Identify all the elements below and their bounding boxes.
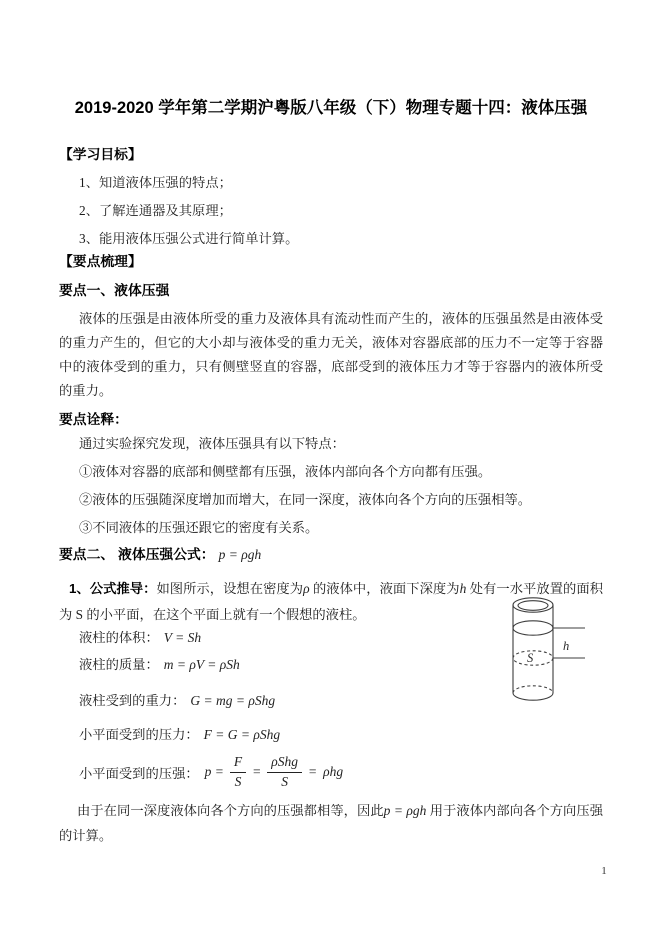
cylinder-bottom-front-arc (513, 693, 553, 700)
learning-goal-item: 2、了解连通器及其原理； (59, 203, 603, 219)
formula-label: 液柱的质量： (79, 657, 159, 672)
force-formula: F = G = ρShg (204, 727, 280, 742)
document-title: 2019-2020 学年第二学期沪粤版八年级（下）物理专题十四：液体压强 (59, 98, 603, 118)
formula-label: 小平面受到的压强： (79, 763, 199, 782)
derivation-label: 1、公式推导： (69, 581, 156, 596)
cylinder-bottom-back-arc (513, 686, 553, 693)
liquid-surface-ellipse (513, 621, 553, 635)
page-number: 1 (594, 864, 614, 878)
learning-goal-item: 1、知道液体压强的特点； (59, 175, 603, 191)
document-content: 2019-2020 学年第二学期沪粤版八年级（下）物理专题十四：液体压强 【学习… (59, 98, 603, 848)
pressure-lhs: p = (205, 764, 224, 780)
fraction-rhoshg-over-s: ρShgS (267, 755, 302, 790)
document-page: 2019-2020 学年第二学期沪粤版八年级（下）物理专题十四：液体压强 【学习… (0, 0, 661, 935)
point1-paragraph: 液体的压强是由液体所受的重力及液体具有流动性而产生的，液体的压强虽然是由液体受的… (59, 307, 603, 403)
cylinder-figure: S h (505, 592, 593, 710)
note-item: ③不同液体的压强还跟它的密度有关系。 (59, 520, 603, 536)
conclusion-formula: p = ρgh (384, 803, 427, 818)
volume-formula: V = Sh (164, 630, 201, 645)
learning-goals-heading: 【学习目标】 (59, 146, 603, 163)
key-points-heading: 【要点梳理】 (59, 253, 603, 270)
pressure-formula-row: 小平面受到的压强： p = FS = ρShgS = ρhg (79, 754, 603, 790)
point2-heading-label: 要点二、 液体压强公式： (59, 547, 215, 562)
note-item: ①液体对容器的底部和侧壁都有压强，液体内部向各个方向都有压强。 (59, 464, 603, 480)
fraction-denominator: S (230, 773, 246, 790)
derivation-text: 的液体中，液面下深度为 (310, 581, 460, 596)
figure-label-s: S (527, 651, 534, 665)
formula-label: 小平面受到的压力： (79, 727, 199, 742)
conclusion-text: 由于在同一深度液体向各个方向的压强都相等，因此 (77, 803, 384, 818)
fraction-denominator: S (267, 773, 302, 790)
conclusion-paragraph: 由于在同一深度液体向各个方向的压强都相等，因此p = ρgh 用于液体内部向各个… (59, 798, 603, 848)
notes-intro: 通过实验探究发现，液体压强具有以下特点： (59, 436, 603, 452)
mass-formula: m = ρV = ρSh (164, 657, 240, 672)
point1-heading: 要点一、液体压强 (59, 282, 603, 299)
formula-label: 液柱的体积： (79, 630, 159, 645)
fraction-numerator: ρShg (267, 755, 302, 773)
figure-label-h: h (563, 639, 569, 653)
equals-sign: = (308, 764, 317, 780)
force-formula-row: 小平面受到的压力：F = G = ρShg (79, 726, 603, 744)
fraction-f-over-s: FS (230, 755, 246, 790)
formula-label: 液柱受到的重力： (79, 693, 185, 708)
learning-goal-item: 3、能用液体压强公式进行简单计算。 (59, 231, 603, 247)
equals-sign: = (252, 764, 261, 780)
cylinder-outline (513, 598, 585, 700)
fraction-numerator: F (230, 755, 246, 773)
gravity-formula: G = mg = ρShg (190, 693, 275, 708)
point2-heading-formula: p = ρgh (219, 547, 262, 562)
notes-heading: 要点诠释： (59, 411, 603, 428)
note-item: ②液体的压强随深度增加而增大，在同一深度，液体向各个方向的压强相等。 (59, 492, 603, 508)
pressure-result: ρhg (323, 764, 343, 780)
derivation-text: 如图所示，设想在密度为 (156, 581, 303, 596)
point2-heading: 要点二、 液体压强公式：p = ρgh (59, 546, 603, 563)
cylinder-top-rim-inner (518, 601, 548, 611)
